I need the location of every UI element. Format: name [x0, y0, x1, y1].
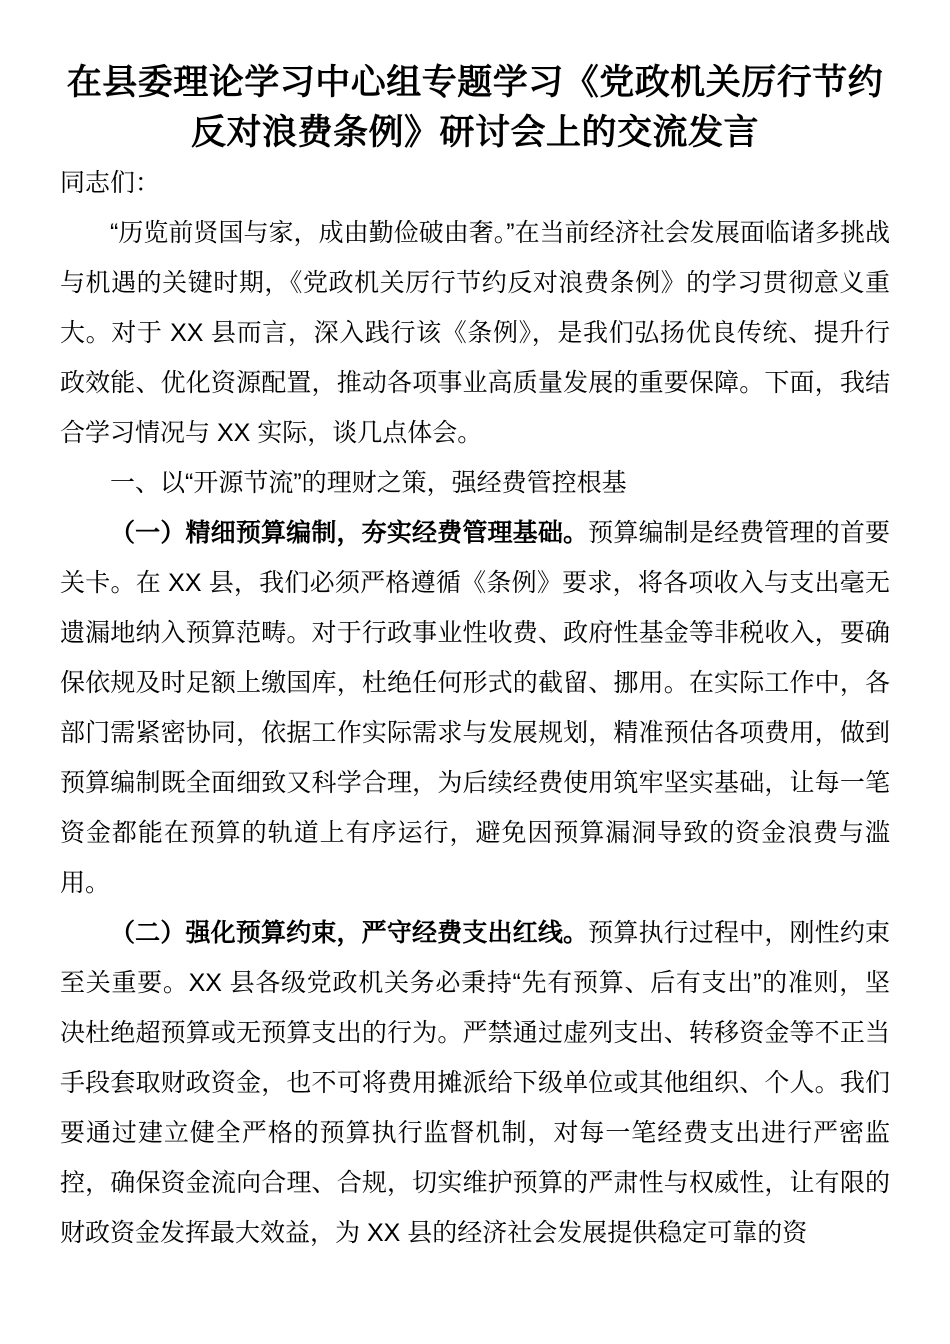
document-title: 在县委理论学习中心组专题学习《党政机关厉行节约 反对浪费条例》研讨会上的交流发言: [60, 58, 890, 158]
document-page: 在县委理论学习中心组专题学习《党政机关厉行节约 反对浪费条例》研讨会上的交流发言…: [0, 0, 950, 1344]
paragraph-item-2: （二）强化预算约束，严守经费支出红线。预算执行过程中，刚性约束至关重要。XX 县…: [60, 908, 890, 1258]
paragraph-text: 预算编制是经费管理的首要关卡。在 XX 县，我们必须严格遵循《条例》要求，将各项…: [60, 519, 890, 897]
section-heading-1: 一、以“开源节流”的理财之策，强经费管控根基: [60, 458, 890, 508]
paragraph-bold-lead: （一）精细预算编制，夯实经费管理基础。: [110, 519, 588, 547]
document-title-line-1: 在县委理论学习中心组专题学习《党政机关厉行节约: [60, 58, 890, 108]
paragraph-text: “历览前贤国与家，成由勤俭破由奢。”在当前经济社会发展面临诸多挑战与机遇的关键时…: [60, 219, 890, 447]
paragraph-text: 预算执行过程中，刚性约束至关重要。XX 县各级党政机关务必秉持“先有预算、后有支…: [60, 919, 890, 1247]
document-title-line-2: 反对浪费条例》研讨会上的交流发言: [60, 108, 890, 158]
salutation: 同志们：: [60, 158, 890, 208]
paragraph-item-1: （一）精细预算编制，夯实经费管理基础。预算编制是经费管理的首要关卡。在 XX 县…: [60, 508, 890, 908]
section-heading-text: 一、以“开源节流”的理财之策，强经费管控根基: [110, 469, 627, 497]
paragraph-bold-lead: （二）强化预算约束，严守经费支出红线。: [110, 919, 588, 947]
paragraph-intro: “历览前贤国与家，成由勤俭破由奢。”在当前经济社会发展面临诸多挑战与机遇的关键时…: [60, 208, 890, 458]
